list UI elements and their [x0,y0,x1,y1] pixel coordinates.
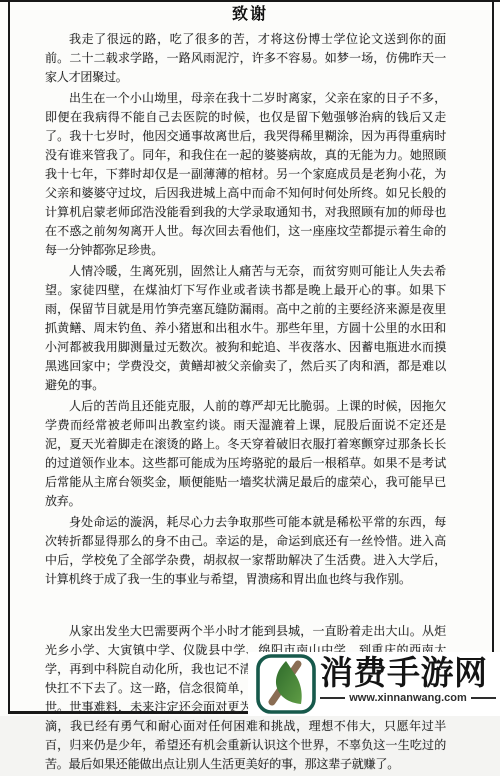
paragraph-4: 人后的苦尚且还能克服，人前的尊严却无比脆弱。上课的时候，因拖欠学费而经常被老师叫… [45,397,446,511]
rule-left [320,697,345,699]
paragraph-1: 我走了很远的路，吃了很多的苦，才将这份博士学位论文送到你的面前。二十二载求学路，… [45,30,446,87]
site-watermark: 消费手游网 www.xinnanwang.com [248,652,500,716]
watermark-url: www.xinnanwang.com [349,692,467,704]
watermark-url-row: www.xinnanwang.com [320,692,496,704]
rule-right [471,697,496,699]
leaf-and-stick-logo-icon [256,654,316,714]
watermark-text-block: 消费手游网 www.xinnanwang.com [320,654,496,704]
paragraph-5: 身处命运的漩涡，耗尽心力去争取那些可能本就是稀松平常的东西，每次转折都显得那么的… [45,513,446,589]
scanned-thesis-page: 致谢 我走了很远的路，吃了很多的苦，才将这份博士学位论文送到你的面前。二十二载求… [0,0,500,716]
page-border-right [492,0,494,716]
watermark-brand-text: 消费手游网 [320,654,496,691]
page-border-left [8,0,10,713]
acknowledgement-body: 我走了很远的路，吃了很多的苦，才将这份博士学位论文送到你的面前。二十二载求学路，… [45,30,446,716]
paragraph-2: 出生在一个小山坳里，母亲在我十二岁时离家，父亲在家的日子不多，即便在我病得不能自… [45,89,446,260]
paragraph-3: 人情冷暖，生离死别，固然让人痛苦与无奈，而贫穷则可能让人失去希望。家徒四壁，在煤… [45,262,446,395]
page-title: 致谢 [0,1,500,24]
